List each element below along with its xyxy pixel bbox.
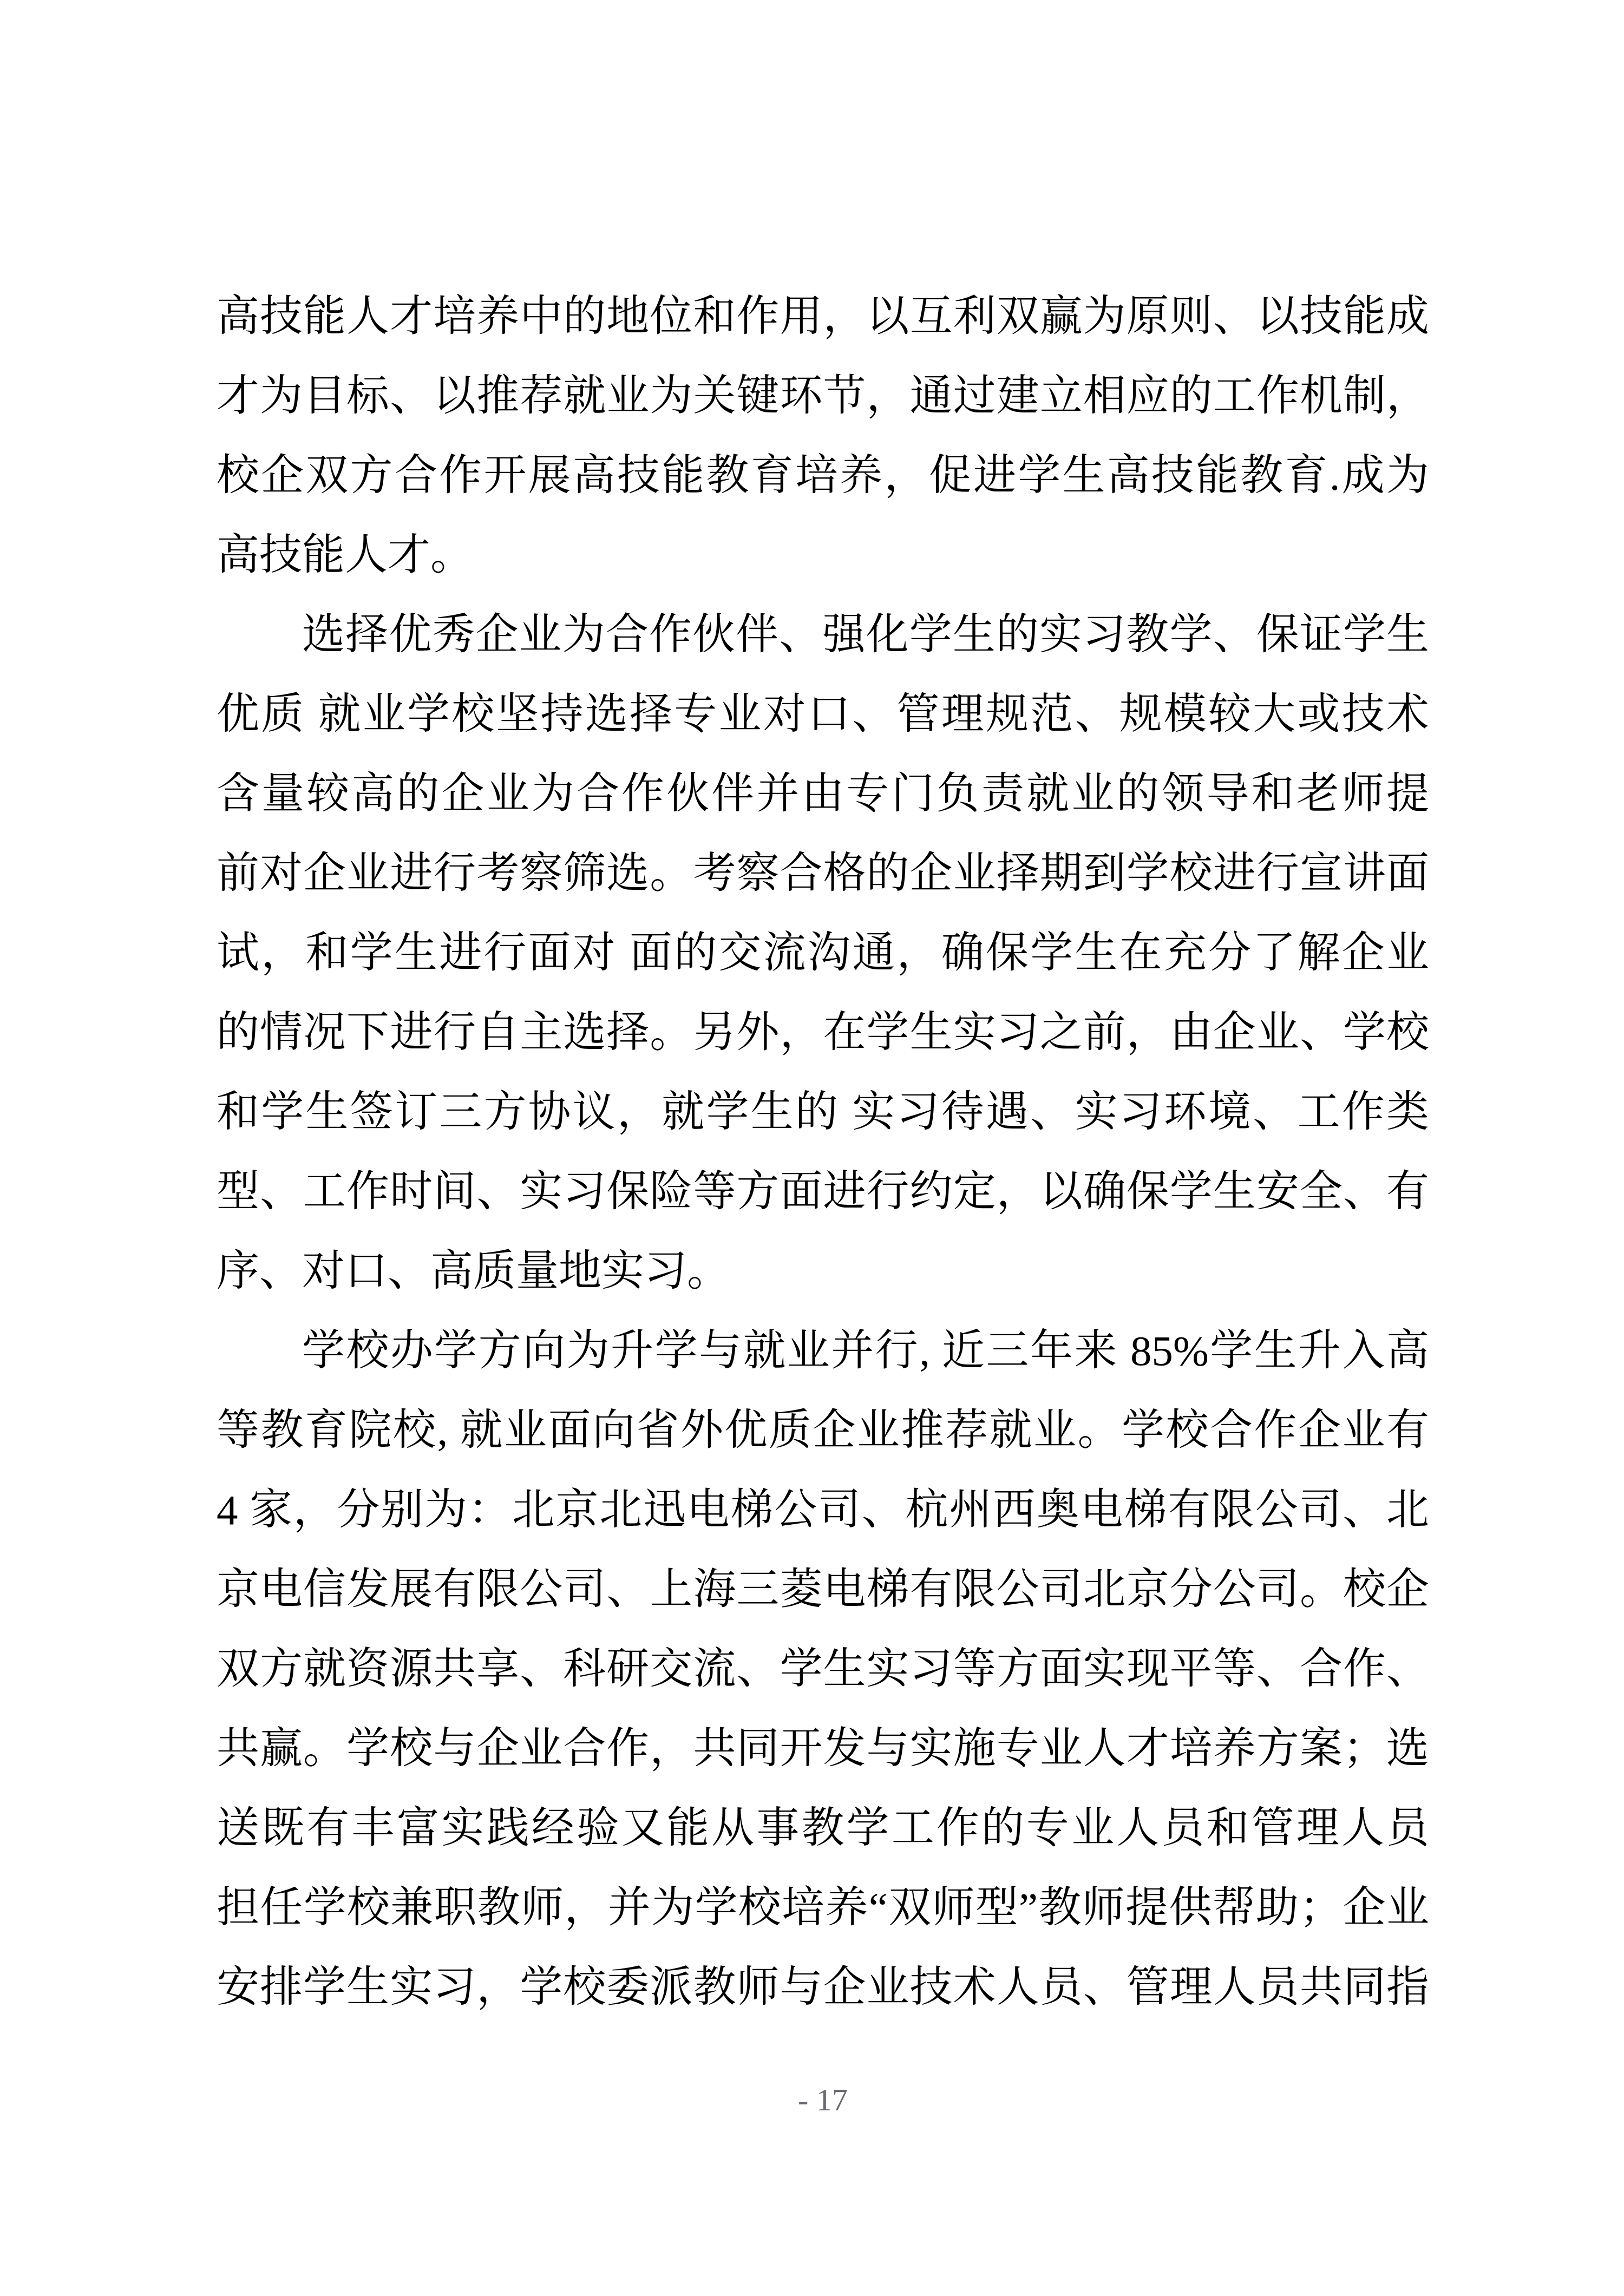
text-line: 型、工作时间、实习保险等方面进行约定，以确保学生安全、有 xyxy=(217,1152,1429,1232)
text-line: 京电信发展有限公司、上海三菱电梯有限公司北京分公司。校企 xyxy=(217,1550,1429,1630)
text-line: 共赢。学校与企业合作，共同开发与实施专业人才培养方案；选 xyxy=(217,1709,1429,1789)
text-line: 选择优秀企业为合作伙伴、强化学生的实习教学、保证学生 xyxy=(217,595,1429,675)
paragraph: 学校办学方向为升学与就业并行, 近三年来 85%学生升入高等教育院校, 就业面向… xyxy=(217,1311,1429,2028)
text-line: 高技能人才。 xyxy=(217,516,1429,595)
text-line: 含量较高的企业为合作伙伴并由专门负责就业的领导和老师提 xyxy=(217,755,1429,834)
paragraph: 高技能人才培养中的地位和作用，以互利双赢为原则、以技能成才为目标、以推荐就业为关… xyxy=(217,277,1429,595)
text-line: 4 家，分别为：北京北迅电梯公司、杭州西奥电梯有限公司、北 xyxy=(217,1471,1429,1550)
text-line: 高技能人才培养中的地位和作用，以互利双赢为原则、以技能成 xyxy=(217,277,1429,357)
text-line: 和学生签订三方协议，就学生的 实习待遇、实习环境、工作类 xyxy=(217,1073,1429,1152)
text-line: 双方就资源共享、科研交流、学生实习等方面实现平等、合作、 xyxy=(217,1630,1429,1709)
paragraph: 选择优秀企业为合作伙伴、强化学生的实习教学、保证学生优质 就业学校坚持选择专业对… xyxy=(217,595,1429,1311)
document-body: 高技能人才培养中的地位和作用，以互利双赢为原则、以技能成才为目标、以推荐就业为关… xyxy=(217,277,1429,2028)
page-number: - 17 xyxy=(798,2082,848,2117)
text-line: 试，和学生进行面对 面的交流沟通，确保学生在充分了解企业 xyxy=(217,914,1429,993)
text-line: 担任学校兼职教师，并为学校培养“双师型”教师提供帮助；企业 xyxy=(217,1868,1429,1948)
text-line: 安排学生实习，学校委派教师与企业技术人员、管理人员共同指 xyxy=(217,1948,1429,2028)
text-line: 校企双方合作开展高技能教育培养，促进学生高技能教育.成为 xyxy=(217,436,1429,516)
page-footer: - 17 xyxy=(217,2081,1429,2119)
text-line: 学校办学方向为升学与就业并行, 近三年来 85%学生升入高 xyxy=(217,1311,1429,1391)
text-line: 优质 就业学校坚持选择专业对口、管理规范、规模较大或技术 xyxy=(217,675,1429,755)
text-line: 才为目标、以推荐就业为关键环节，通过建立相应的工作机制， xyxy=(217,357,1429,436)
text-line: 序、对口、高质量地实习。 xyxy=(217,1232,1429,1311)
text-line: 的情况下进行自主选择。另外，在学生实习之前，由企业、学校 xyxy=(217,993,1429,1073)
text-line: 等教育院校, 就业面向省外优质企业推荐就业。学校合作企业有 xyxy=(217,1391,1429,1471)
text-line: 前对企业进行考察筛选。考察合格的企业择期到学校进行宣讲面 xyxy=(217,834,1429,914)
document-page: 高技能人才培养中的地位和作用，以互利双赢为原则、以技能成才为目标、以推荐就业为关… xyxy=(0,0,1624,2296)
text-line: 送既有丰富实践经验又能从事教学工作的专业人员和管理人员 xyxy=(217,1789,1429,1868)
